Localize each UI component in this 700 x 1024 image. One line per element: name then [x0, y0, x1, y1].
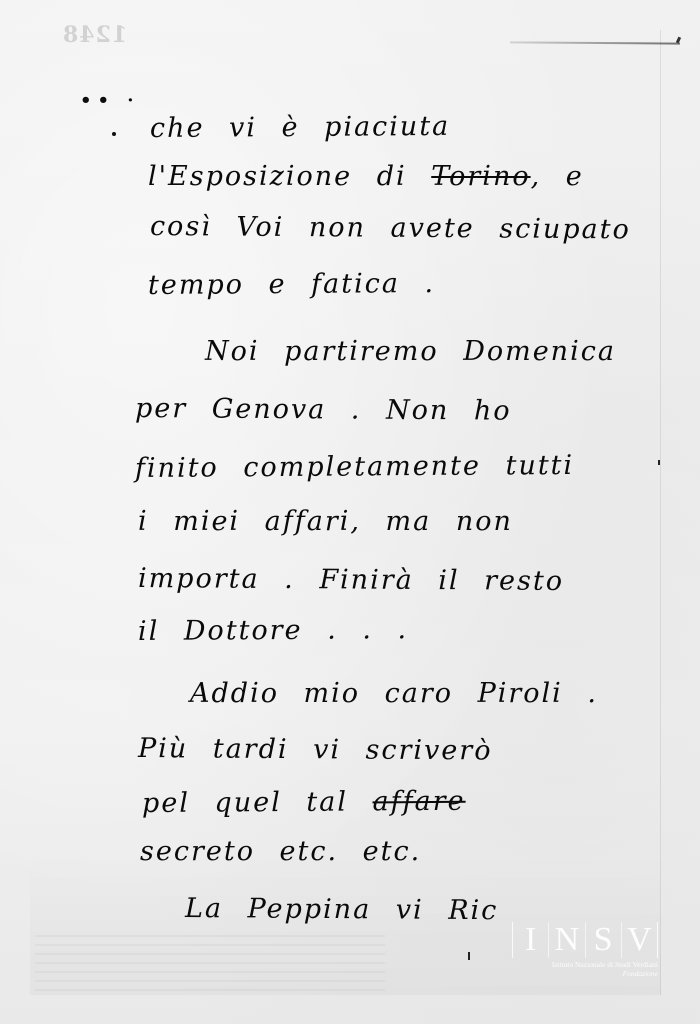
struck-word: affare — [372, 786, 465, 818]
handwritten-line: l'Esposizione di Torino, e — [148, 163, 584, 190]
insv-watermark: I N S V Istituto Nazionale di Studi Verd… — [512, 922, 658, 984]
handwritten-line: Addio mio caro Piroli . — [190, 680, 598, 707]
top-ink-rule — [510, 41, 680, 44]
ink-dot — [112, 132, 116, 136]
handwritten-line: La Peppina vi Ric — [185, 895, 499, 924]
watermark-logo: I N S V — [512, 922, 658, 958]
struck-word: Torino — [431, 161, 530, 192]
handwritten-line: così Voi non avete sciupato — [150, 213, 631, 243]
manuscript-page: 1248 •• · che vi è piaciutal'Esposizione… — [0, 0, 700, 1024]
handwritten-line: Più tardi vi scriverò — [138, 735, 493, 764]
handwritten-line: tempo e fatica . — [148, 270, 435, 299]
page-number-stamp: 1248 — [62, 22, 127, 48]
handwritten-line: Noi partiremo Domenica — [205, 338, 616, 365]
handwritten-line: finito completamente tutti — [135, 452, 574, 482]
handwritten-line: i miei affari, ma non — [138, 508, 513, 535]
ink-dots: •• · — [80, 90, 140, 111]
handwritten-line: il Dottore . . . — [138, 616, 408, 645]
watermark-letter: I — [513, 922, 549, 958]
handwritten-line: importa . Finirà il resto — [138, 565, 564, 595]
top-ink-tick — [676, 37, 681, 44]
handwritten-line: che vi è piaciuta — [150, 113, 450, 142]
watermark-subtitle: Fondazione — [512, 969, 658, 978]
watermark-letter: N — [549, 922, 585, 958]
handwritten-line: secreto etc. etc. — [140, 838, 421, 865]
watermark-letter: V — [622, 922, 657, 958]
watermark-letter: S — [586, 922, 622, 958]
watermark-institution: Istituto Nazionale di Studi Verdiani — [512, 960, 658, 969]
stray-ink-mark — [658, 460, 660, 465]
stray-ink-mark — [468, 952, 470, 960]
handwritten-line: per Genova . Non ho — [135, 395, 512, 425]
bleed-through-text — [35, 935, 385, 995]
handwritten-line: pel quel tal affare — [142, 788, 466, 817]
